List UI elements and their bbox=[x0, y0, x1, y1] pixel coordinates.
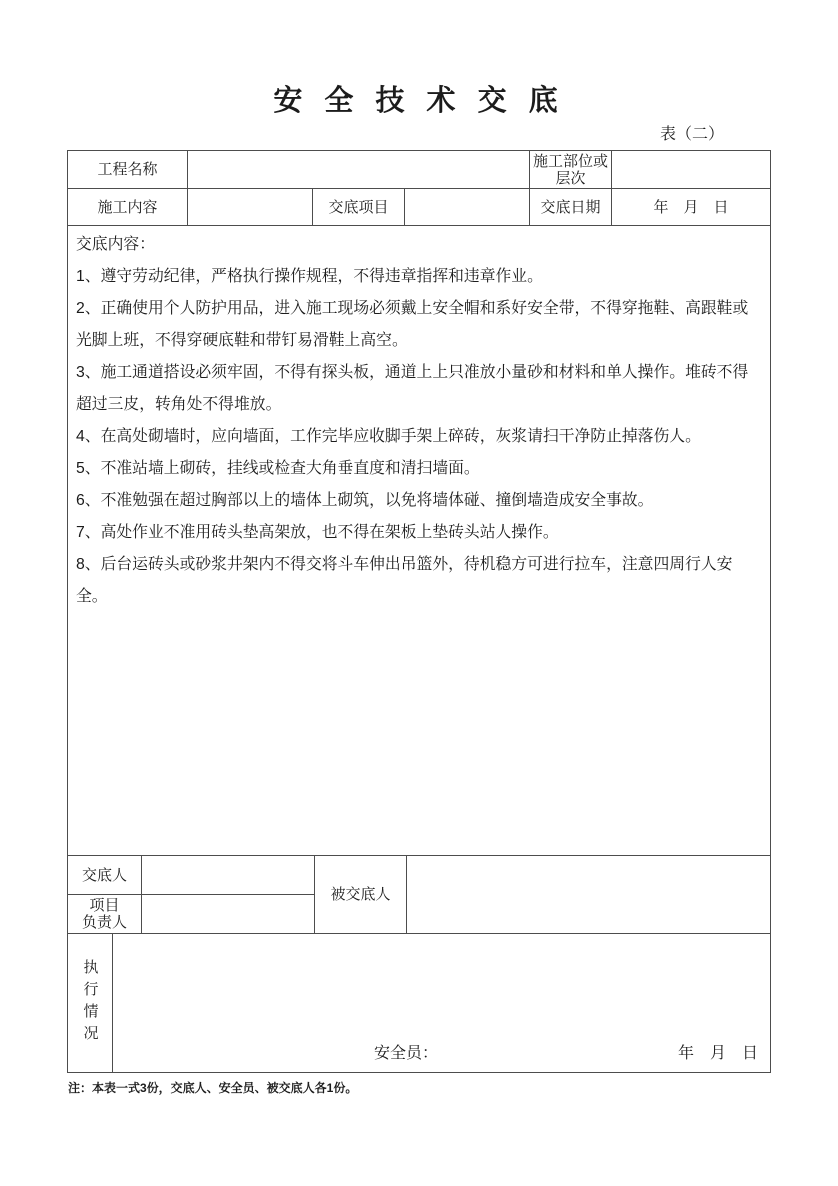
construction-content-label: 施工内容 bbox=[68, 189, 188, 226]
disclosure-date-value[interactable]: 年 月 日 bbox=[612, 189, 770, 226]
signature-section: 交底人 被交底人 项目 负责人 bbox=[68, 856, 770, 934]
form-row-project: 工程名称 施工部位或 层次 bbox=[68, 151, 770, 189]
page-title: 安 全 技 术 交 底 bbox=[0, 0, 838, 118]
site-section-label-line1: 施工部位或 bbox=[533, 153, 608, 170]
safety-officer-label: 安全员： bbox=[374, 1043, 438, 1065]
disclosee-label: 被交底人 bbox=[315, 856, 407, 934]
document-page: 安 全 技 术 交 底 表（二） 工程名称 施工部位或 层次 施工内容 交底项目… bbox=[0, 0, 838, 1186]
execution-footer: 安全员： 年 月 日 bbox=[113, 1043, 770, 1065]
form-sheet-label: 表（二） bbox=[68, 125, 770, 145]
project-manager-value[interactable] bbox=[142, 895, 315, 934]
project-manager-label-line2: 负责人 bbox=[82, 914, 127, 931]
discloser-value[interactable] bbox=[142, 856, 315, 895]
disclosure-item-value[interactable] bbox=[405, 189, 530, 226]
execution-notes-area[interactable]: 安全员： 年 月 日 bbox=[113, 934, 770, 1072]
disclosure-content-area: 交底内容： 1、遵守劳动纪律，严格执行操作规程，不得违章指挥和违章作业。 2、正… bbox=[68, 226, 770, 856]
construction-content-value[interactable] bbox=[188, 189, 313, 226]
disclosure-content-item: 1、遵守劳动纪律，严格执行操作规程，不得违章指挥和违章作业。 bbox=[76, 261, 762, 293]
footer-note: 注：本表一式3份，交底人、安全员、被交底人各1份。 bbox=[68, 1080, 770, 1096]
disclosure-content-item: 3、施工通道搭设必须牢固，不得有探头板，通道上上只准放小量砂和材料和单人操作。堆… bbox=[76, 357, 762, 421]
project-manager-label-line1: 项目 bbox=[89, 897, 119, 914]
execution-status-label: 执行情况 bbox=[68, 934, 113, 1072]
site-section-label-line2: 层次 bbox=[555, 170, 585, 187]
project-name-label: 工程名称 bbox=[68, 151, 188, 189]
disclosure-content-item: 8、后台运砖头或砂浆井架内不得交将斗车伸出吊篮外，待机稳方可进行拉车，注意四周行… bbox=[76, 549, 762, 613]
project-manager-label: 项目 负责人 bbox=[68, 895, 142, 934]
disclosure-content-item: 6、不准勉强在超过胸部以上的墙体上砌筑，以免将墙体碰、撞倒墙造成安全事故。 bbox=[76, 485, 762, 517]
disclosure-date-label: 交底日期 bbox=[530, 189, 612, 226]
disclosure-content-item: 2、正确使用个人防护用品，进入施工现场必须戴上安全帽和系好安全带，不得穿拖鞋、高… bbox=[76, 293, 762, 357]
disclosure-content-item: 4、在高处砌墙时，应向墙面，工作完毕应收脚手架上碎砖，灰浆请扫干净防止掉落伤人。 bbox=[76, 421, 762, 453]
disclosee-value[interactable] bbox=[407, 856, 770, 934]
form-row-construction: 施工内容 交底项目 交底日期 年 月 日 bbox=[68, 189, 770, 226]
disclosure-content-item: 7、高处作业不准用砖头垫高架放，也不得在架板上垫砖头站人操作。 bbox=[76, 517, 762, 549]
execution-date[interactable]: 年 月 日 bbox=[678, 1043, 758, 1065]
disclosure-item-label: 交底项目 bbox=[313, 189, 405, 226]
disclosure-content-heading: 交底内容： bbox=[76, 229, 762, 261]
discloser-label: 交底人 bbox=[68, 856, 142, 895]
execution-section: 执行情况 安全员： 年 月 日 bbox=[68, 934, 770, 1072]
main-form: 工程名称 施工部位或 层次 施工内容 交底项目 交底日期 年 月 日 交底内容：… bbox=[67, 150, 771, 1073]
project-name-value[interactable] bbox=[188, 151, 530, 189]
disclosure-content-item: 5、不准站墙上砌砖，挂线或检查大角垂直度和清扫墙面。 bbox=[76, 453, 762, 485]
site-section-value[interactable] bbox=[612, 151, 770, 189]
site-section-label: 施工部位或 层次 bbox=[530, 151, 612, 189]
